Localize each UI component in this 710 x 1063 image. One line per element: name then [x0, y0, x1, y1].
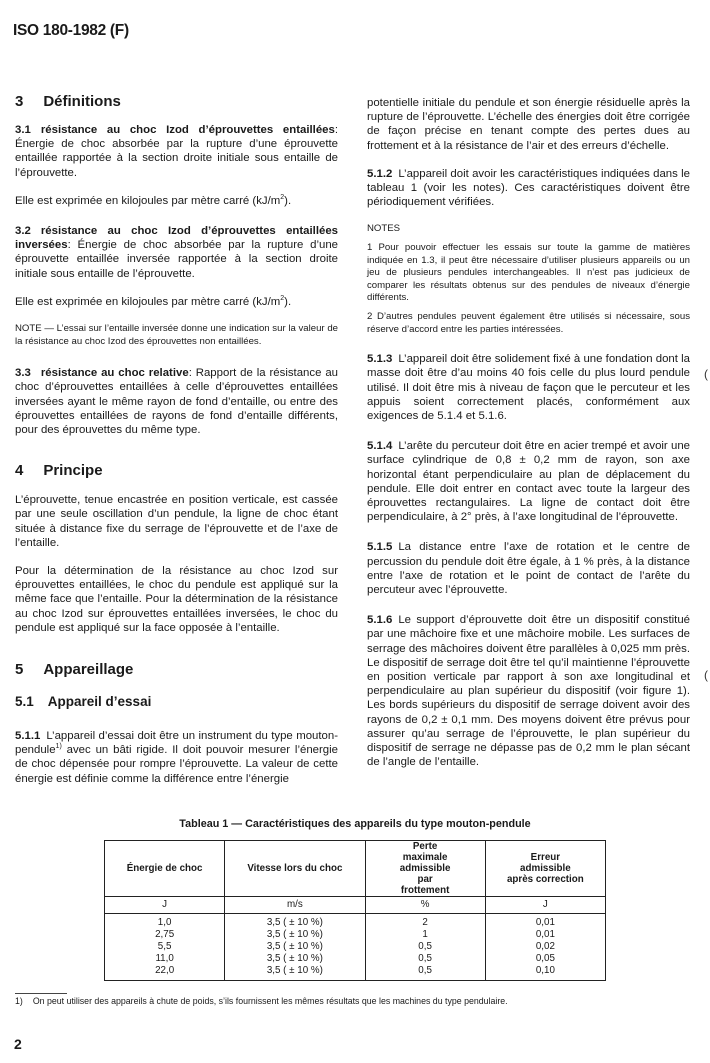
page-header: ISO 180-1982 (F)	[13, 22, 129, 40]
section-number: 5	[15, 661, 23, 678]
note-1: 1 Pour pouvoir effectuer les essais sur …	[367, 242, 690, 305]
column-header: Vitesse lors du choc	[225, 841, 365, 897]
section-title: Définitions	[43, 93, 121, 110]
section-number: 4	[15, 462, 23, 479]
section-4-heading: 4 Principe	[15, 462, 338, 479]
clause-5-1-1: 5.1.1L’appareil d’essai doit être un ins…	[15, 729, 338, 786]
footnote: 1)On peut utiliser des appareils à chute…	[15, 996, 508, 1006]
column-header: Erreur admissible après correction	[485, 841, 605, 897]
column-header: Énergie de choc	[105, 841, 225, 897]
section-title: Appareillage	[43, 661, 133, 678]
principle-paragraph-1: L’éprouvette, tenue encastrée en positio…	[15, 493, 338, 550]
definition-3-1: 3.1résistance au choc Izod d’éprouvettes…	[15, 123, 338, 180]
table-row: 2,753,5 ( ± 10 %)10,01	[105, 929, 606, 941]
clause-5-1-6: 5.1.6Le support d’éprouvette doit être u…	[367, 613, 690, 769]
section-number: 3	[15, 93, 23, 110]
note-3-2: NOTE — L’essai sur l’entaille inversée d…	[15, 323, 338, 348]
section-3-heading: 3 Définitions	[15, 93, 338, 110]
column-header: Perte maximale admissible par frottement	[365, 841, 485, 897]
footnote-mark: 1)	[15, 996, 23, 1006]
table-caption: Tableau 1 — Caractéristiques des apparei…	[100, 818, 610, 830]
left-column: 3 Définitions 3.1résistance au choc Izod…	[15, 88, 338, 786]
clause-5-1-2: 5.1.2L’appareil doit avoir les caractéri…	[367, 167, 690, 210]
margin-mark-lower: (	[704, 668, 708, 682]
units-row: J m/s % J	[105, 897, 606, 914]
table-row: 22,03,5 ( ± 10 %)0,50,10	[105, 965, 606, 981]
note-2: 2 D’autres pendules peuvent également êt…	[367, 311, 690, 336]
clause-5-1-1-continuation: potentielle initiale du pendule et son é…	[367, 96, 690, 153]
pendulum-characteristics-table: Énergie de choc Vitesse lors du choc Per…	[104, 840, 606, 981]
unit-statement-3-1: Elle est exprimée en kilojoules par mètr…	[15, 194, 338, 208]
table-row: 11,03,5 ( ± 10 %)0,50,05	[105, 953, 606, 965]
notes-heading: NOTES	[367, 223, 690, 236]
principle-paragraph-2: Pour la détermination de la résistance a…	[15, 564, 338, 635]
table-row: 1,03,5 ( ± 10 %)20,01	[105, 914, 606, 930]
footnote-divider	[15, 993, 67, 994]
unit-statement-3-2: Elle est exprimée en kilojoules par mètr…	[15, 295, 338, 309]
clause-5-1-5: 5.1.5La distance entre l’axe de rotation…	[367, 540, 690, 597]
section-title: Principe	[43, 462, 102, 479]
margin-mark-upper: (	[704, 367, 708, 381]
definition-3-2: 3.2résistance au choc Izod d’éprouvettes…	[15, 224, 338, 281]
page-number: 2	[14, 1036, 22, 1052]
definition-3-3: 3.3résistance au choc relative: Rapport …	[15, 366, 338, 437]
subsection-5-1-heading: 5.1 Appareil d’essai	[15, 694, 338, 709]
table-row: 5,53,5 ( ± 10 %)0,50,02	[105, 941, 606, 953]
clause-5-1-3: 5.1.3L’appareil doit être solidement fix…	[367, 352, 690, 423]
section-5-heading: 5 Appareillage	[15, 661, 338, 678]
footnote-text: On peut utiliser des appareils à chute d…	[33, 996, 508, 1006]
clause-5-1-4: 5.1.4L’arête du percuteur doit être en a…	[367, 439, 690, 524]
right-column: potentielle initiale du pendule et son é…	[367, 96, 690, 769]
